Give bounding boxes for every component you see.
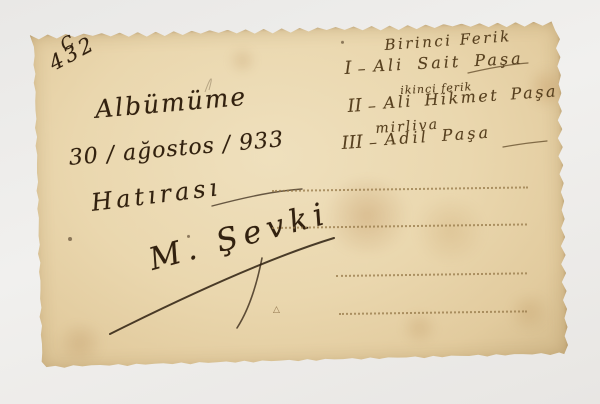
roster-dash: – xyxy=(367,98,376,115)
roster-dash: – xyxy=(357,61,366,77)
roster-numeral: II xyxy=(347,97,362,116)
stain xyxy=(225,47,260,74)
stain xyxy=(409,198,491,262)
stain xyxy=(52,323,108,362)
roster-dash: – xyxy=(368,135,377,152)
roster-numeral: III xyxy=(341,134,364,153)
ink-speck xyxy=(68,237,72,241)
printer-triangle-mark: △ xyxy=(273,305,280,315)
stain xyxy=(397,312,442,343)
photo-backdrop: C 432 Albümüme 30 / ağostos / 933 Hatıra… xyxy=(0,0,600,404)
roster-numeral: I xyxy=(344,60,352,78)
ink-speck xyxy=(341,41,344,44)
